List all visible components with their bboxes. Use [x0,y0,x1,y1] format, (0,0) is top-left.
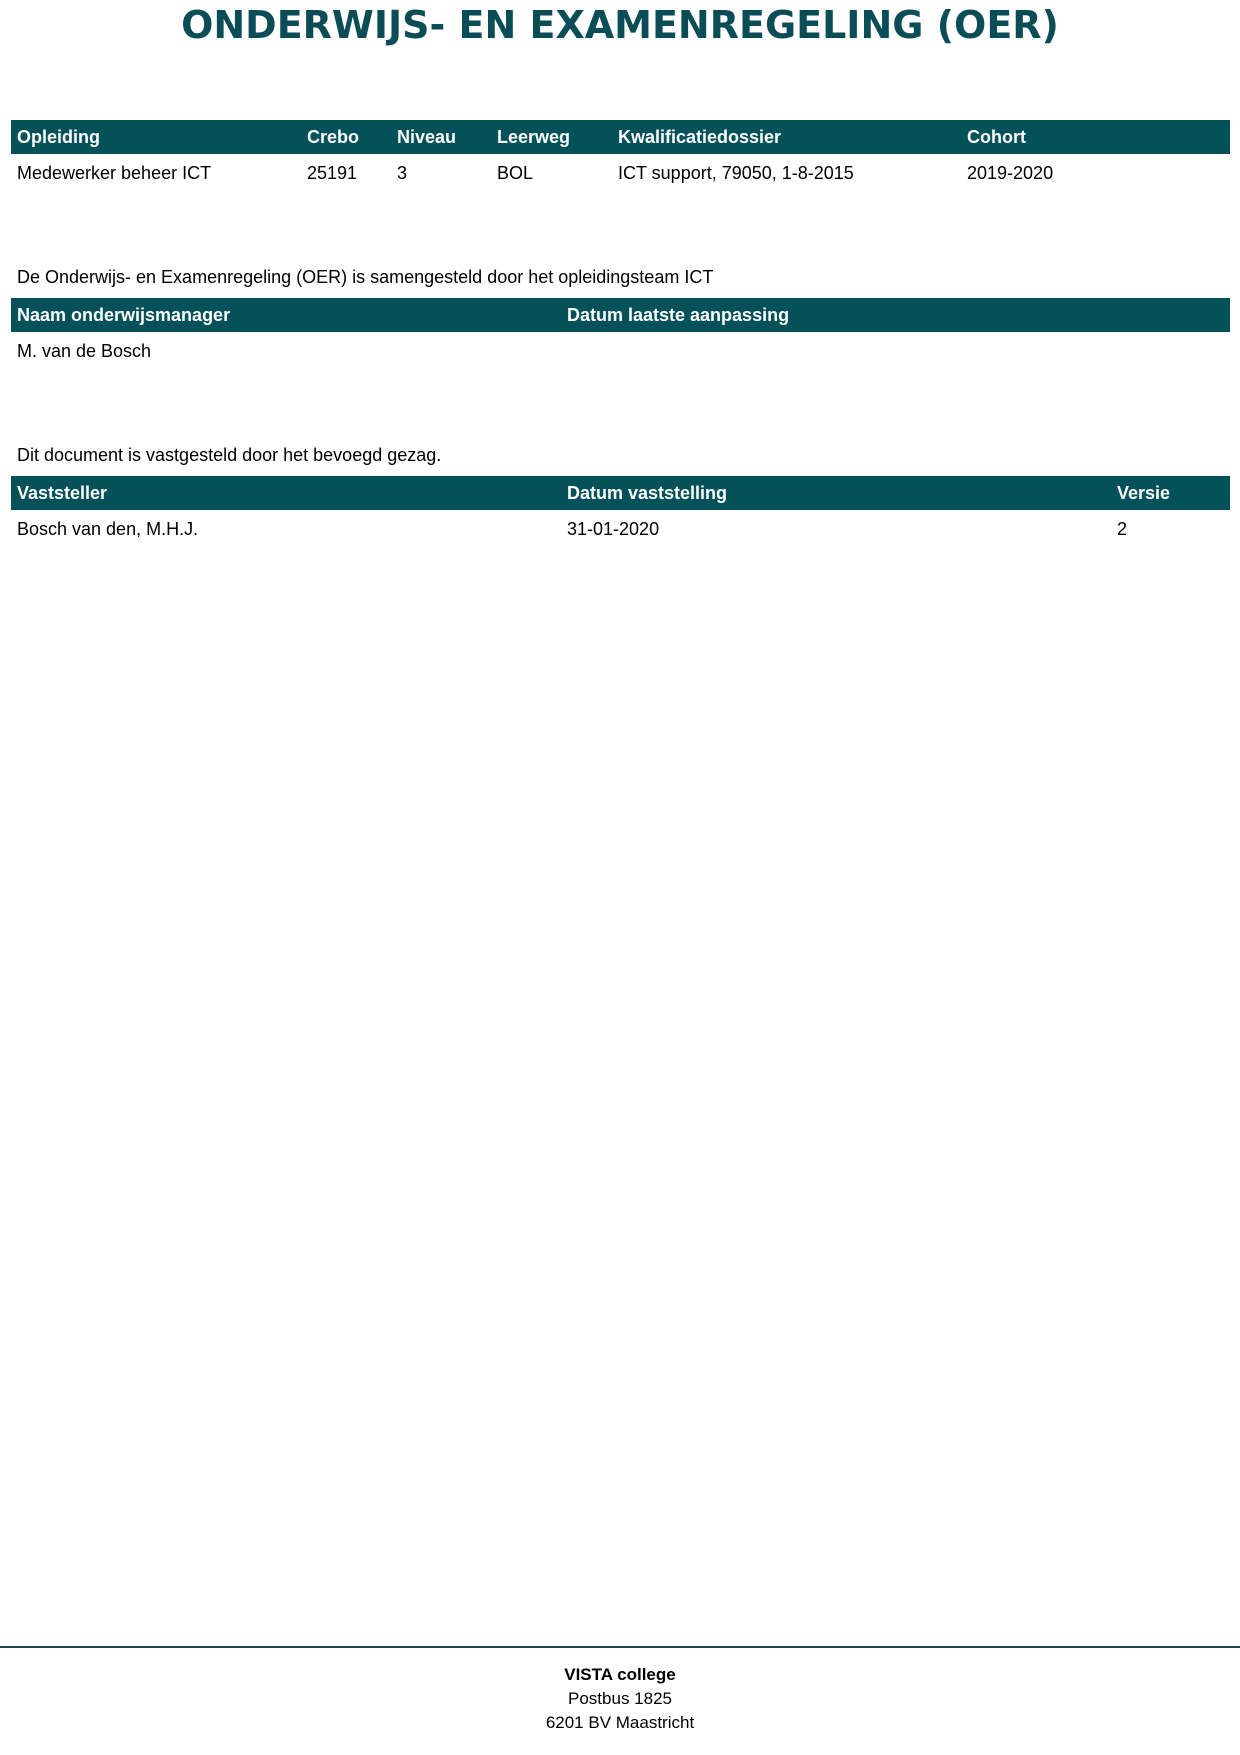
cell-vaststeller: Bosch van den, M.H.J. [11,510,561,548]
column-header-opleiding: Opleiding [11,120,301,154]
adoption-table: Vaststeller Datum vaststelling Versie Bo… [11,476,1230,548]
cell-niveau: 3 [391,154,491,192]
cell-kwalificatiedossier: ICT support, 79050, 1-8-2015 [612,154,961,192]
cell-crebo: 25191 [301,154,391,192]
adoption-statement: Dit document is vastgesteld door het bev… [17,444,441,466]
page-footer: VISTA college Postbus 1825 6201 BV Maast… [0,1663,1240,1735]
column-header-vaststeller: Vaststeller [11,476,561,510]
cell-versie: 2 [1111,510,1230,548]
column-header-datum-vaststelling: Datum vaststelling [561,476,1111,510]
cell-leerweg: BOL [491,154,612,192]
footer-organization: VISTA college [0,1663,1240,1687]
footer-divider [0,1646,1240,1648]
column-header-naam-onderwijsmanager: Naam onderwijsmanager [11,298,561,332]
table-row: Bosch van den, M.H.J. 31-01-2020 2 [11,510,1230,548]
cell-naam-onderwijsmanager: M. van de Bosch [11,332,561,370]
column-header-crebo: Crebo [301,120,391,154]
footer-address-line1: Postbus 1825 [0,1687,1240,1711]
table-row: Medewerker beheer ICT 25191 3 BOL ICT su… [11,154,1230,192]
cell-datum-vaststelling: 31-01-2020 [561,510,1111,548]
cell-cohort: 2019-2020 [961,154,1230,192]
page-title: ONDERWIJS- EN EXAMENREGELING (OER) [0,0,1240,50]
program-table: Opleiding Crebo Niveau Leerweg Kwalifica… [11,120,1230,192]
composition-statement: De Onderwijs- en Examenregeling (OER) is… [17,266,713,288]
column-header-datum-laatste-aanpassing: Datum laatste aanpassing [561,298,1230,332]
table-header-row: Opleiding Crebo Niveau Leerweg Kwalifica… [11,120,1230,154]
footer-address-line2: 6201 BV Maastricht [0,1711,1240,1735]
cell-opleiding: Medewerker beheer ICT [11,154,301,192]
column-header-leerweg: Leerweg [491,120,612,154]
table-row: M. van de Bosch [11,332,1230,370]
table-header-row: Vaststeller Datum vaststelling Versie [11,476,1230,510]
column-header-cohort: Cohort [961,120,1230,154]
cell-datum-laatste-aanpassing [561,332,1230,370]
table-header-row: Naam onderwijsmanager Datum laatste aanp… [11,298,1230,332]
column-header-versie: Versie [1111,476,1230,510]
composition-table: Naam onderwijsmanager Datum laatste aanp… [11,298,1230,370]
column-header-kwalificatiedossier: Kwalificatiedossier [612,120,961,154]
column-header-niveau: Niveau [391,120,491,154]
